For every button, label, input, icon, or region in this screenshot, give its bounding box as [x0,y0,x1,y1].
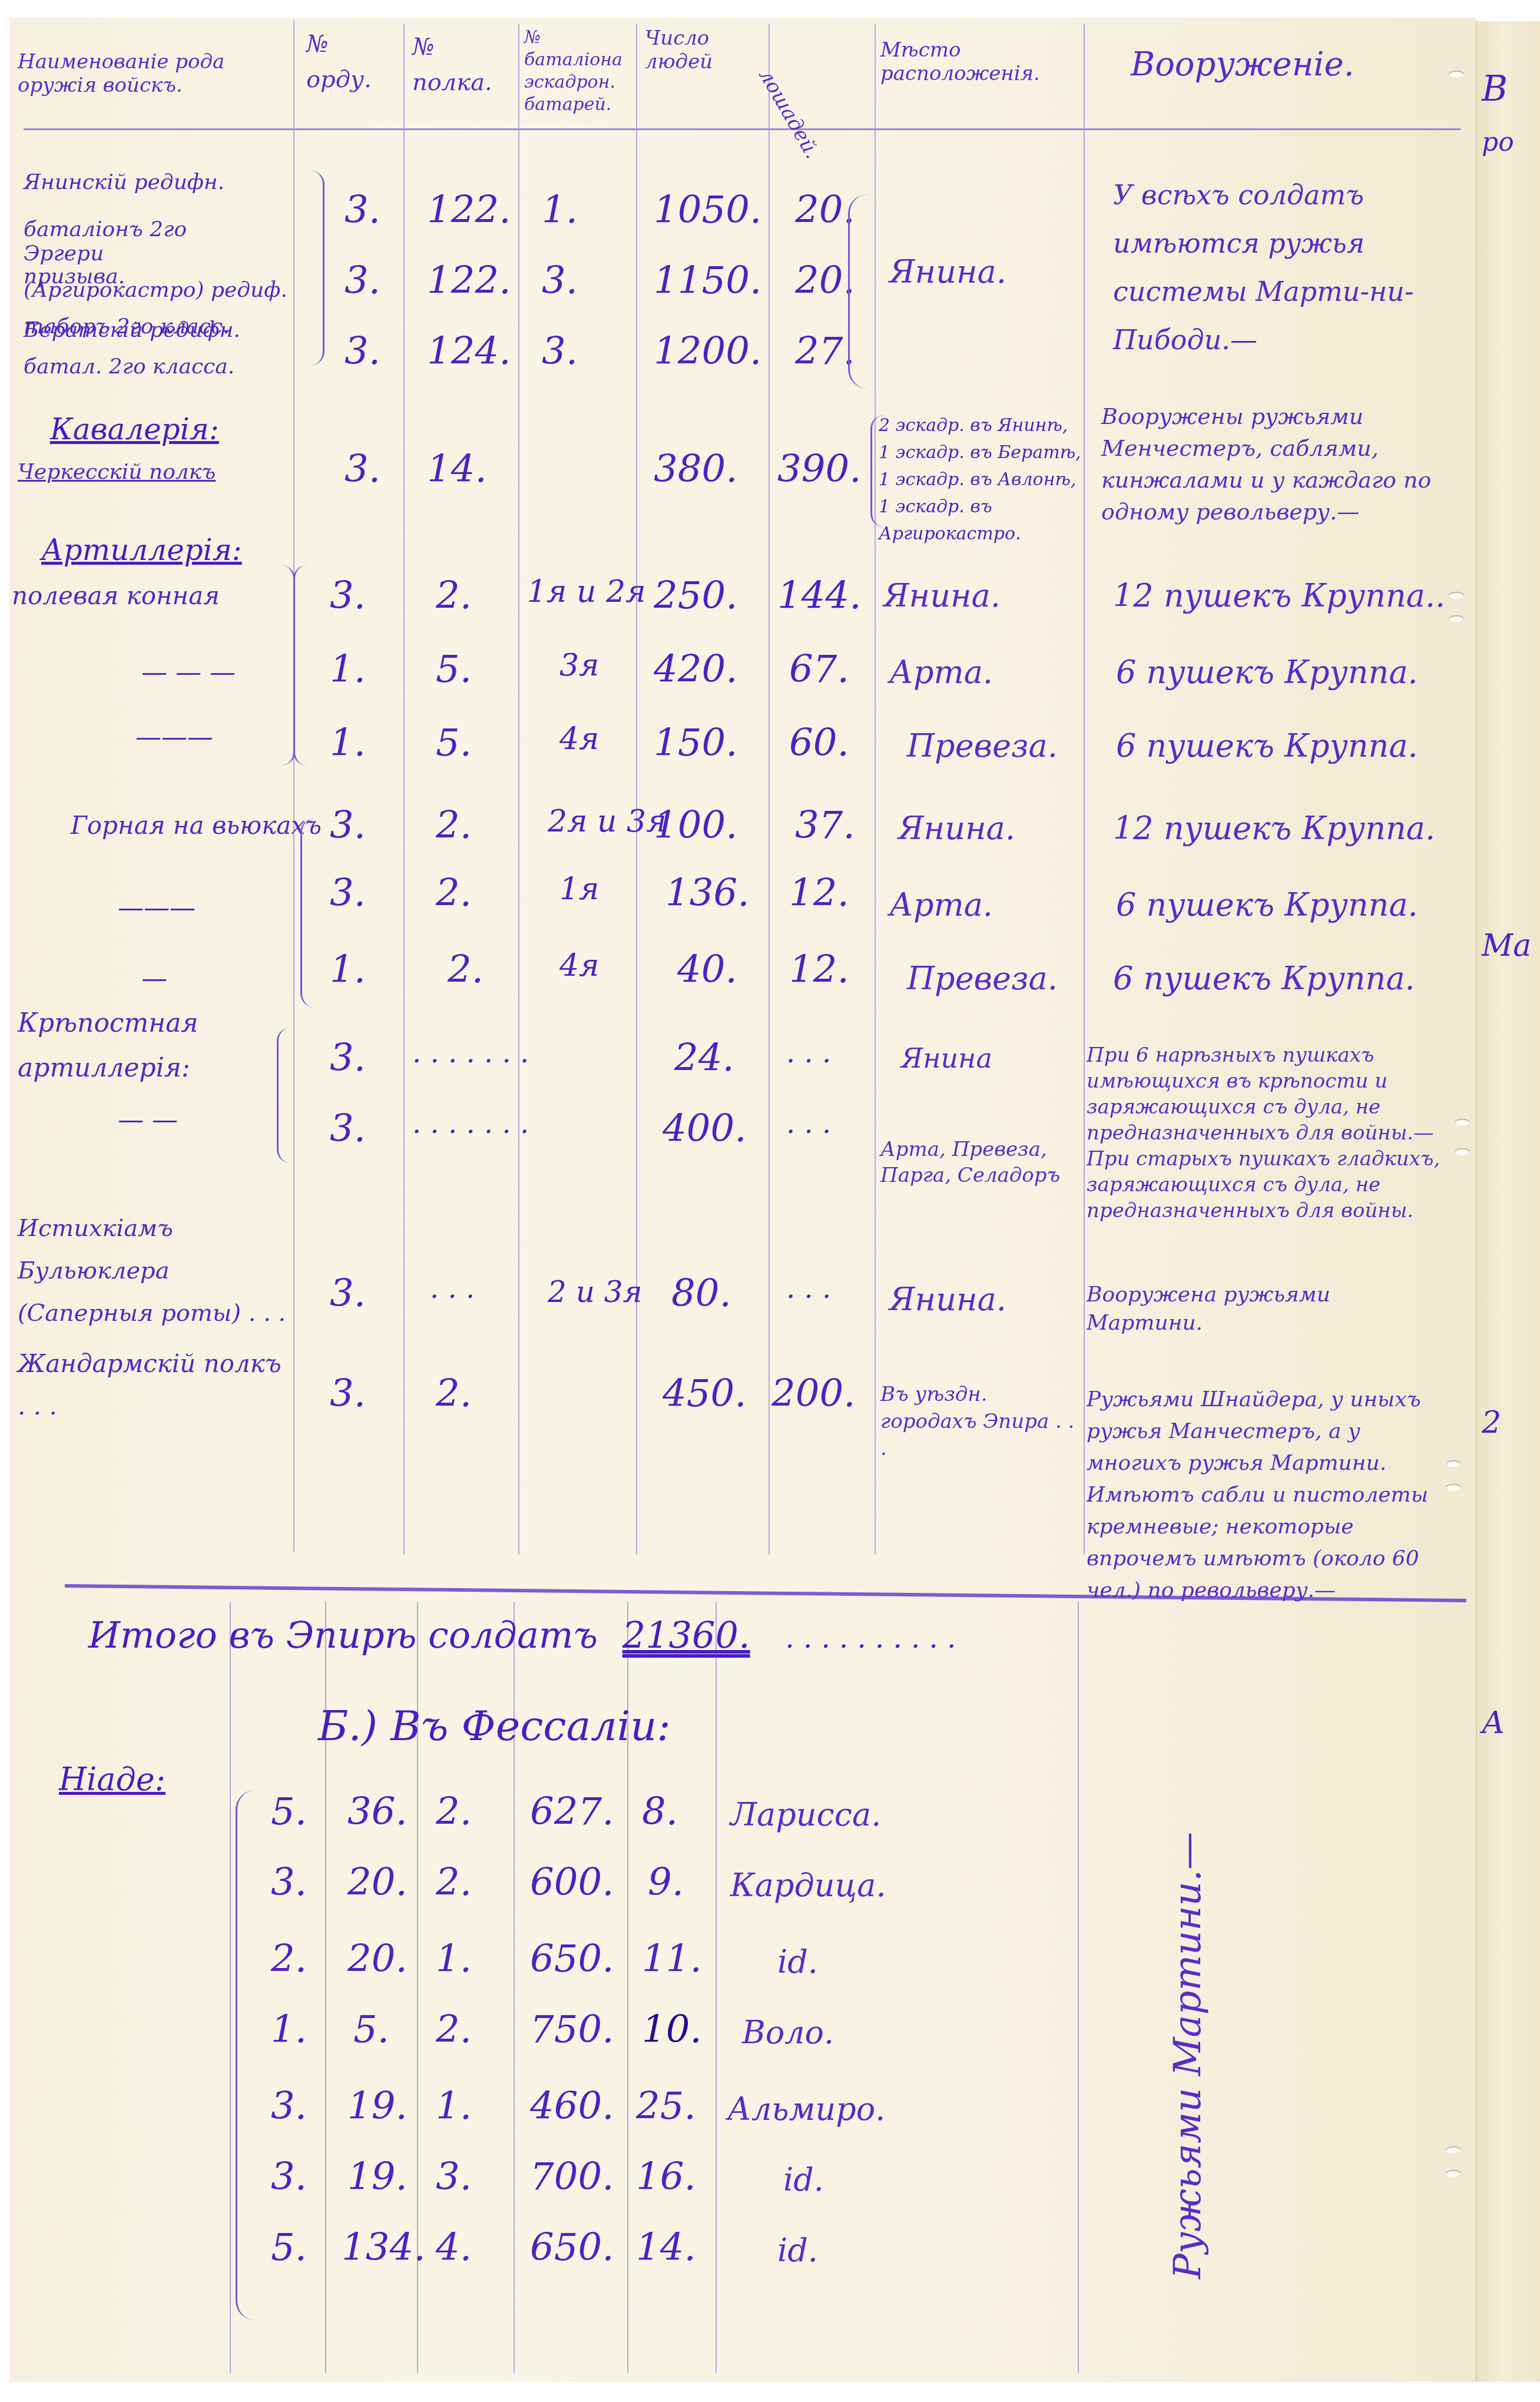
ordu-value: 5. [271,2226,307,2270]
people-value: 24. [674,1036,734,1080]
horses-value: . . . [786,1272,831,1305]
battalion-value: 1. [436,2085,472,2128]
horses-value: 144. [777,574,862,618]
location-value: Арта. [889,654,993,691]
dotted-leader: . . . . . . . . . . [785,1622,956,1655]
people-value: 136. [665,872,750,915]
regiment-value: 2. [448,948,483,992]
header-battalion: № баталіона эскадрон. батарей. [524,26,630,116]
next-page-fragment: ро [1482,127,1514,157]
horses-value: 16. [636,2155,696,2199]
armament-note: Ружьями Шнайдера, у иныхъ ружья Манчесте… [1087,1384,1452,1606]
total-row: Итого въ Эпирѣ солдатъ 21360. . . . . . … [88,1614,956,1656]
people-value: 450. [663,1372,747,1416]
ordu-value: 2. [271,1937,307,1981]
bracket [311,171,324,365]
bracket [236,1790,255,2320]
punch-hole [1449,71,1464,78]
people-value: 100. [654,804,738,847]
bracket [300,819,314,1007]
column-divider [1084,24,1085,1555]
total-label: Итого въ Эпирѣ солдатъ [88,1614,598,1656]
ditto-mark: ——— [135,724,213,750]
horses-value: . . . [786,1107,831,1140]
armament-value: 6 пушекъ Круппа. [1116,886,1418,923]
cavalry-locations: 2 эскадр. въ Янинѣ, 1 эскадр. въ Бератѣ,… [879,412,1085,548]
location-value: Превеза. [907,727,1058,764]
battalion-value: 1. [436,1937,472,1981]
location-line: 1 эскадр. въ Аргирокастро. [879,493,1085,548]
battalion-value: 4я [559,948,600,983]
people-value: 380. [654,448,738,491]
people-value: 700. [530,2155,614,2199]
regiment-value: 134. [342,2226,426,2270]
people-value: 80. [671,1272,731,1316]
ordu-value: 3. [345,448,380,491]
battalion-value: 1. [542,188,578,232]
armament-value: 12 пушекъ Круппа.. [1113,577,1445,614]
ordu-value: 3. [330,1372,366,1416]
horses-value: 200. [771,1372,856,1416]
location-value: Янина. [883,577,1001,614]
horses-value: 14. [636,2226,696,2270]
battalion-value: 2. [436,2008,472,2052]
section-title-cavalry: Кавалерія: [50,412,219,446]
regiment-value: 2. [436,1372,472,1416]
ordu-value: 3. [345,330,380,373]
armament-note: У всѣхъ солдатъ имѣются ружья системы Ма… [1113,171,1455,364]
regiment-value: 2. [436,574,472,618]
dotted-leader: . . . . . . . [412,1036,529,1069]
unit-subtitle: полевая конная [12,583,220,609]
regiment-value: 2. [436,872,472,915]
people-value: 400. [663,1107,747,1151]
ordu-value: 3. [345,188,380,232]
ordu-value: 3. [330,1272,366,1316]
column-divider [1078,1602,1079,2373]
column-divider [875,24,876,1555]
regiment-value: 14. [427,448,487,491]
battalion-value: 2. [436,1861,472,1904]
location-line: 2 эскадр. въ Янинѣ, [879,412,1085,439]
people-value: 1150. [654,259,761,303]
ordu-value: 3. [271,2155,307,2199]
battalion-value: 2. [436,1790,472,1834]
battalion-value: 1я и 2я [527,574,646,609]
regiment-value: 20. [347,1861,408,1904]
bracket [848,194,867,389]
section-title-fortress: Крѣпостная артиллерія: [18,1001,283,1091]
group-label-niade: Ніаде: [59,1761,165,1798]
regiment-value: 19. [347,2155,408,2199]
horses-value: 8. [642,1790,678,1834]
location-value: Арта. [889,886,993,923]
location-value: Янина [901,1042,992,1074]
battalion-value: 3я [559,648,600,683]
ordu-value: 3. [271,1861,307,1904]
ordu-value: 3. [345,259,380,303]
header-armament: Вооруженіе. [1131,53,1354,77]
location-value: Въ уѣздн. городахъ Эпира . . . [880,1381,1075,1462]
horses-value: 20. [795,259,855,303]
ordu-value: 3. [330,872,366,915]
people-value: 600. [530,1861,614,1904]
horses-value: 37. [795,804,855,847]
regiment-value: 5. [436,721,472,765]
header-rule [24,128,1460,130]
horses-value: 12. [789,872,849,915]
battalion-value: 2я и 3я [548,804,667,839]
regiment-value: 20. [347,1937,408,1981]
column-divider [636,24,637,1555]
regiment-value: 124. [427,330,511,373]
punch-hole [1455,1119,1470,1126]
ordu-value: 1. [271,2008,307,2052]
regiment-value: 19. [347,2085,408,2128]
horses-value: 27. [795,330,855,373]
header-ordu: № орду. [306,26,395,97]
horses-value: 12. [789,948,849,992]
location-value: id. [777,2232,818,2269]
next-page-fragment: 2 [1482,1405,1501,1440]
battalion-value: 1я [559,872,600,907]
battalion-value: 2 и 3я [548,1275,643,1309]
column-divider [293,21,294,1552]
battalion-value: 3. [542,259,578,303]
horses-value: . . . [786,1036,831,1069]
people-value: 750. [530,2008,614,2052]
ordu-value: 3. [330,1036,366,1080]
location-line: 1 эскадр. въ Бератѣ, [879,439,1085,466]
adjacent-page-edge: В ро Ма 2 А [1476,21,1540,2382]
location-value: id. [777,1943,818,1980]
ordu-value: 3. [330,1107,366,1151]
people-value: 650. [530,2226,614,2270]
ordu-value: 1. [330,721,366,765]
horses-value: 9. [648,1861,684,1904]
column-divider [518,24,519,1555]
people-value: 250. [654,574,738,618]
section-title-thessaly: Б.) Въ Фессаліи: [318,1702,671,1750]
ditto-mark: — — [118,1107,178,1133]
people-value: 1050. [654,188,761,232]
horses-value: 67. [789,648,849,691]
column-divider [230,1602,231,2373]
battalion-value: 4я [559,721,600,757]
horses-value: 390. [777,448,862,491]
ditto-mark: ——— [118,895,196,921]
punch-hole [1449,592,1464,599]
armament-value: 6 пушекъ Круппа. [1113,960,1415,997]
header-location: Мѣсто расположенія. [880,38,1075,85]
dotted-leader: . . . . . . . [412,1107,529,1140]
ditto-mark: — [141,966,167,992]
ordu-value: 3. [271,2085,307,2128]
location-value: Ларисса. [730,1796,881,1833]
people-value: 1200. [654,330,761,373]
unit-name: Истихкіамъ Бульюклера (Саперныя роты) . … [18,1207,289,1334]
ordu-value: 3. [330,804,366,847]
header-unit-name: Наименованіе рода оружія войскъ. [18,50,289,97]
punch-hole [1449,615,1464,622]
location-value: Альмиро. [727,2090,885,2128]
location-value: Кардица. [730,1867,886,1904]
regiment-value: 122. [427,259,511,303]
unit-name: Черкесскій полкъ [18,459,216,485]
location-value: Воло. [742,2014,834,2051]
people-value: 460. [530,2085,614,2128]
unit-name: Бератскій редифн. батал. 2го класса. [24,312,289,385]
unit-name: Жандармскій полкъ . . . [18,1343,289,1427]
regiment-value: 122. [427,188,511,232]
column-divider [716,1602,717,2373]
battalion-value: 3. [542,330,578,373]
armament-vertical-note: Ружьями Мартини.— [1166,1832,1210,2279]
next-page-fragment: В [1482,68,1508,110]
ordu-value: 1. [330,948,366,992]
people-value: 150. [654,721,738,765]
armament-note: При 6 нарѣзныхъ пушкахъ имѣющихся въ крѣ… [1087,1042,1452,1224]
ordu-value: 5. [271,1790,307,1834]
regiment-value: 5. [353,2008,389,2052]
unit-name: Горная на вьюкахъ [71,813,322,839]
total-value: 21360. [622,1614,750,1656]
horses-value: 10. [642,2008,702,2052]
next-page-fragment: Ма [1482,928,1531,963]
ditto-mark: — — — [141,660,236,685]
location-value: Арта, Превеза, Парга, Селадоръ [880,1137,1075,1188]
armament-value: 12 пушекъ Круппа. [1113,810,1435,847]
column-divider [769,24,770,1555]
people-value: 420. [654,648,738,691]
ordu-value: 1. [330,648,366,691]
location-value: Янина. [889,253,1006,290]
horses-value: 25. [636,2085,696,2128]
bracket [293,565,307,766]
punch-hole [1455,1148,1470,1155]
regiment-value: 5. [436,648,472,691]
people-value: 650. [530,1937,614,1981]
location-value: Янина. [889,1281,1006,1318]
armament-value: 6 пушекъ Круппа. [1116,654,1418,691]
section-title-artillery: Артиллерія: [41,533,242,567]
punch-hole [1446,2146,1461,2153]
location-value: id. [783,2161,824,2198]
column-divider [403,24,405,1555]
people-value: 40. [677,948,737,992]
battalion-value: 4. [436,2226,472,2270]
people-value: 627. [530,1790,614,1834]
horses-value: 60. [789,721,849,765]
armament-value: 6 пушекъ Круппа. [1116,727,1418,764]
punch-hole [1446,2170,1461,2177]
bracket [277,1028,290,1163]
battalion-value: 3. [436,2155,472,2199]
regiment-value: . . . [430,1272,475,1305]
armament-note: Вооружена ружьями Мартини. [1087,1281,1452,1337]
header-people: Число людей [645,26,763,74]
location-line: 1 эскадр. въ Авлонѣ, [879,466,1085,493]
horses-value: 11. [642,1937,702,1981]
ordu-value: 3. [330,574,366,618]
horses-value: 20. [795,188,855,232]
location-value: Превеза. [907,960,1058,997]
next-page-fragment: А [1482,1705,1505,1741]
armament-note: Вооружены ружьями Менчестеръ, саблями, к… [1101,400,1455,528]
header-regiment: № полка. [412,29,512,100]
regiment-value: 2. [436,804,472,847]
location-value: Янина. [898,810,1015,847]
regiment-value: 36. [347,1790,408,1834]
